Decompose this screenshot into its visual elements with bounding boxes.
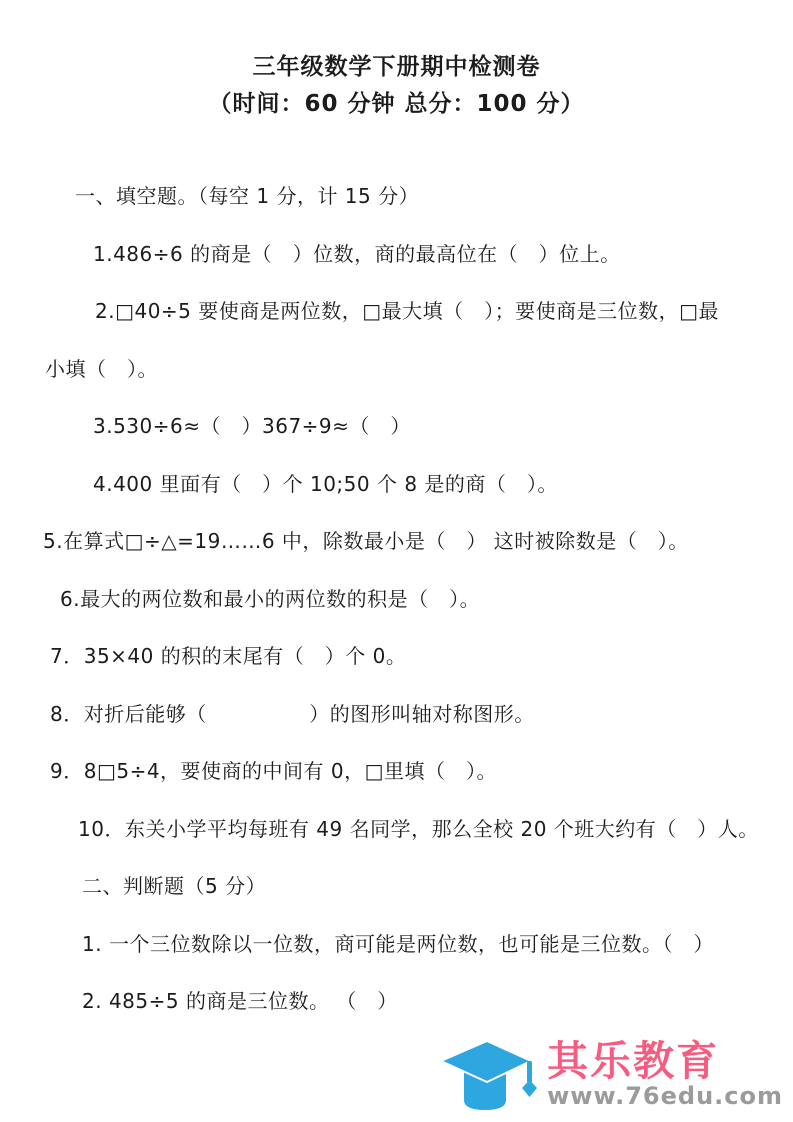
question-1-4: 4.400 里面有（ ）个 10;50 个 8 是的商（ ）。 (0, 456, 793, 514)
question-1-6: 6.最大的两位数和最小的两位数的积是（ ）。 (0, 571, 793, 629)
question-2-1: 1. 一个三位数除以一位数，商可能是两位数，也可能是三位数。（ ） (0, 916, 793, 974)
question-1-3: 3.530÷6≈（ ）367÷9≈（ ） (0, 398, 793, 456)
paper-body: 一、填空题。（每空 1 分，计 15 分） 1.486÷6 的商是（ ）位数，商… (0, 168, 793, 1031)
paper-title: 三年级数学下册期中检测卷 (0, 50, 793, 84)
publisher-text-block: 其乐教育 www.76edu.com (547, 1039, 783, 1109)
question-1-1: 1.486÷6 的商是（ ）位数，商的最高位在（ ）位上。 (0, 226, 793, 284)
question-2-2: 2. 485÷5 的商是三位数。 （ ） (0, 973, 793, 1031)
test-paper-page: 三年级数学下册期中检测卷 （时间：60 分钟 总分：100 分） 一、填空题。（… (0, 0, 793, 1122)
section-1-header: 一、填空题。（每空 1 分，计 15 分） (0, 168, 793, 226)
question-1-8: 8．对折后能够（ ）的图形叫轴对称图形。 (0, 686, 793, 744)
section-2-header: 二、判断题（5 分） (0, 858, 793, 916)
question-1-2-part1: 2.□40÷5 要使商是两位数，□最大填（ ）；要使商是三位数，□最 (0, 283, 793, 341)
question-1-10: 10．东关小学平均每班有 49 名同学，那么全校 20 个班大约有（ ）人。 (0, 801, 793, 859)
question-1-5: 5.在算式□÷△=19……6 中，除数最小是（ ） 这时被除数是（ ）。 (0, 513, 793, 571)
graduation-cap-icon (437, 1034, 541, 1114)
question-1-2-part2: 小填（ ）。 (0, 341, 793, 399)
paper-subtitle: （时间：60 分钟 总分：100 分） (0, 84, 793, 124)
publisher-name: 其乐教育 (547, 1039, 719, 1083)
publisher-website: www.76edu.com (547, 1083, 783, 1109)
question-1-7: 7．35×40 的积的末尾有（ ）个 0。 (0, 628, 793, 686)
publisher-watermark: 其乐教育 www.76edu.com (437, 1034, 783, 1114)
question-1-9: 9．8□5÷4，要使商的中间有 0，□里填（ ）。 (0, 743, 793, 801)
